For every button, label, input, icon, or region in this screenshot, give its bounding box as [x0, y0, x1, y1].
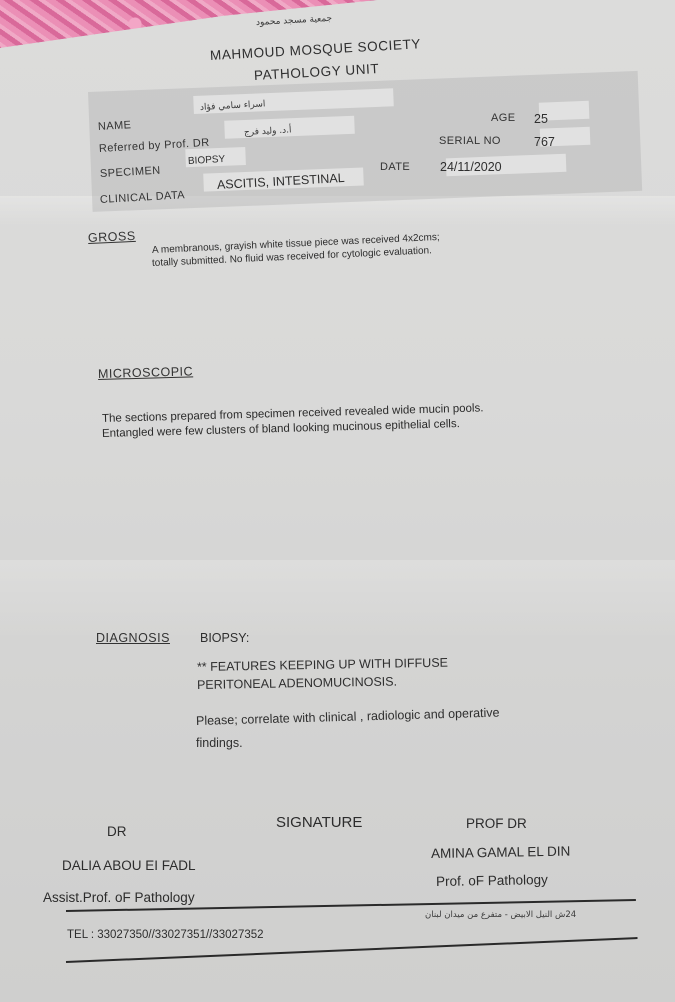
specimen-value: BIOPSY [188, 154, 226, 167]
left-doctor-name: DALIA ABOU EI FADL [62, 858, 196, 873]
telephone-numbers: TEL : 33027350//33027351//33027352 [67, 929, 264, 941]
date-value: 24/11/2020 [440, 160, 502, 174]
diagnosis-heading: DIAGNOSIS [96, 631, 170, 645]
paper-fold [0, 560, 675, 640]
correlation-note-line-2: findings. [196, 736, 243, 750]
microscopic-heading: MICROSCOPIC [98, 364, 193, 381]
serial-no-label: SERIAL NO [439, 135, 501, 147]
age-label: AGE [491, 112, 515, 124]
signature-label: SIGNATURE [276, 814, 362, 831]
name-label: NAME [98, 119, 132, 133]
right-doctor-title: PROF DR [466, 816, 527, 831]
left-doctor-title: DR [107, 824, 127, 839]
right-doctor-position: Prof. oF Pathology [436, 872, 548, 889]
address-arabic: 24ش النيل الابيض - متفرع من ميدان لبنان [425, 910, 576, 920]
date-label: DATE [380, 161, 410, 173]
right-doctor-name: AMINA GAMAL EL DIN [431, 844, 571, 861]
age-value: 25 [534, 112, 548, 126]
left-doctor-position: Assist.Prof. oF Pathology [43, 890, 195, 905]
gross-heading: GROSS [88, 229, 136, 245]
serial-no-value: 767 [534, 135, 555, 149]
diagnosis-type: BIOPSY: [200, 631, 249, 645]
